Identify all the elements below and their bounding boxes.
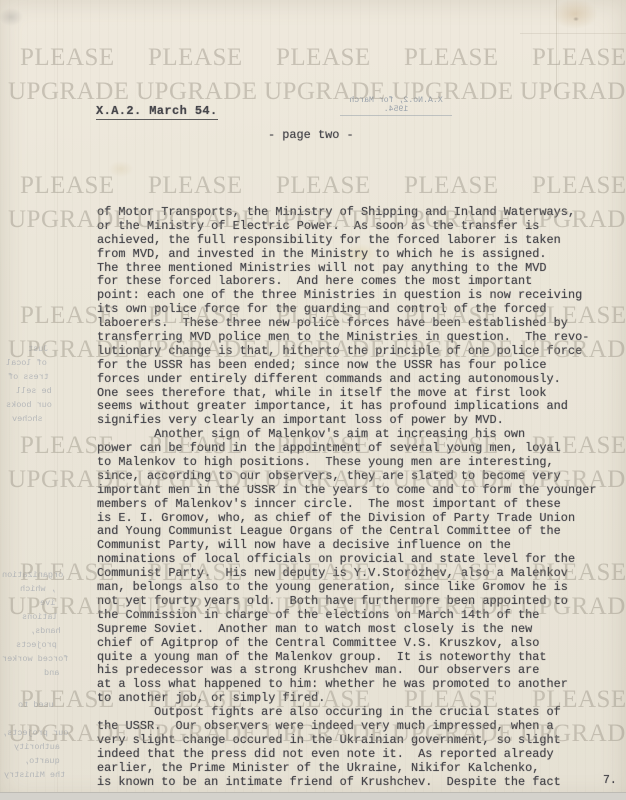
bleed-fragment: the Ministry <box>4 770 65 780</box>
scan-smudge <box>0 4 28 30</box>
body-line: indeed that the press did not even note … <box>97 748 609 762</box>
body-line: forces under entirely different commands… <box>97 373 609 387</box>
bleed-fragment: forced worker <box>2 654 68 664</box>
watermark-word: PLEASE <box>404 44 499 72</box>
body-line: achieved, the full responsibility for th… <box>97 234 609 248</box>
watermark-word: PLEASE <box>276 172 371 200</box>
document-reference: X.A.2. March 54. <box>96 104 218 120</box>
bleed-fragment: used to <box>18 700 54 710</box>
watermark-word: PLEASE <box>148 44 243 72</box>
bleed-fragment: quarto, <box>24 756 60 766</box>
paper-crease <box>556 0 557 96</box>
scan-edge <box>0 792 626 800</box>
body-line: of Motor Transports, the Ministry of Shi… <box>97 206 609 220</box>
body-line: is known to be an intimate friend of Kru… <box>97 776 609 790</box>
paper-stain <box>572 16 580 22</box>
watermark-word: PLEASE <box>532 44 626 72</box>
bleed-fragment: organization <box>2 570 63 580</box>
body-line: very slight change occured in the Ukrain… <box>97 734 609 748</box>
bleed-fragment: , which <box>20 584 56 594</box>
body-line: Supreme Soviet. Another man to watch mos… <box>97 623 609 637</box>
body-line: or the Ministry of Electric Power. As so… <box>97 220 609 234</box>
body-line: Communist Party. His new deputy is Y.V.S… <box>97 567 609 581</box>
bleed-fragment: lations <box>22 612 58 622</box>
body-line: earlier, the Prime Minister of the Ukrai… <box>97 762 609 776</box>
bleed-reference-text: X.A.No.2, for March 1954. <box>340 96 452 116</box>
bleed-fragment: hands, <box>30 626 61 636</box>
body-line: man, belongs also to the young generatio… <box>97 581 609 595</box>
body-line: power can be found in the appointment of… <box>97 442 609 456</box>
paper-crease <box>520 33 626 34</box>
body-line: to another job, or simply fired. <box>97 692 609 706</box>
body-line: for the USSR has been ended; since now t… <box>97 359 609 373</box>
watermark-word: PLEASE <box>20 172 115 200</box>
page-number: 7. <box>603 774 617 787</box>
paper-crease <box>57 0 58 800</box>
bleed-fragment: our projects, <box>2 728 68 738</box>
body-line: not yet fourty years old. Both have furt… <box>97 595 609 609</box>
bleed-fragment: our books <box>6 400 52 410</box>
body-line: lutionary change is that, hitherto the p… <box>97 345 609 359</box>
body-line: the Commission in charge of the election… <box>97 609 609 623</box>
body-line: Outpost fights are also occuring in the … <box>97 706 609 720</box>
bleed-fragment: ive <box>40 598 55 608</box>
bleed-fragment: projects <box>16 640 57 650</box>
body-line: laboerers. These three new police forces… <box>97 317 609 331</box>
watermark-word: PLEASE <box>532 172 626 200</box>
watermark-word: UPGRADE <box>8 78 130 106</box>
paper-stain <box>545 0 605 34</box>
paper-stain <box>104 158 138 180</box>
body-line: members of Malenkov's inncer circle. The… <box>97 498 609 512</box>
bleed-fragment: tress of <box>8 372 49 382</box>
body-line: since, according to our observers, they … <box>97 470 609 484</box>
body-line: from MVD, and invested in the Ministry t… <box>97 248 609 262</box>
body-line: chief of Agitprop of the Central Committ… <box>97 637 609 651</box>
page-label: - page two - <box>268 128 354 142</box>
body-line: the USSR. Our observers were indeed very… <box>97 720 609 734</box>
scanned-document-page: Justof localtress ofbe sellour booksshch… <box>0 0 626 800</box>
bleed-fragment: Just <box>28 344 48 354</box>
bleed-fragment: be sell <box>16 386 52 396</box>
watermark-word: PLEASE <box>276 44 371 72</box>
watermark-word: PLEASE <box>148 172 243 200</box>
watermark-word: PLEASE <box>404 172 499 200</box>
watermark-word: UPGRADE <box>520 78 626 106</box>
bleed-fragment: of local <box>6 358 47 368</box>
watermark-word: UPGRADE <box>136 78 258 106</box>
bleed-fragment: and <box>44 668 59 678</box>
body-text: of Motor Transports, the Ministry of Shi… <box>97 206 609 789</box>
body-line: important men in the USSR in the years t… <box>97 484 609 498</box>
bleed-fragment: shchev <box>12 414 43 424</box>
watermark-word: PLEASE <box>20 44 115 72</box>
bleed-fragment: authority <box>14 742 60 752</box>
body-line: transferring MVD police men to the Minis… <box>97 331 609 345</box>
body-line: to Malenkov to high positions. These you… <box>97 456 609 470</box>
